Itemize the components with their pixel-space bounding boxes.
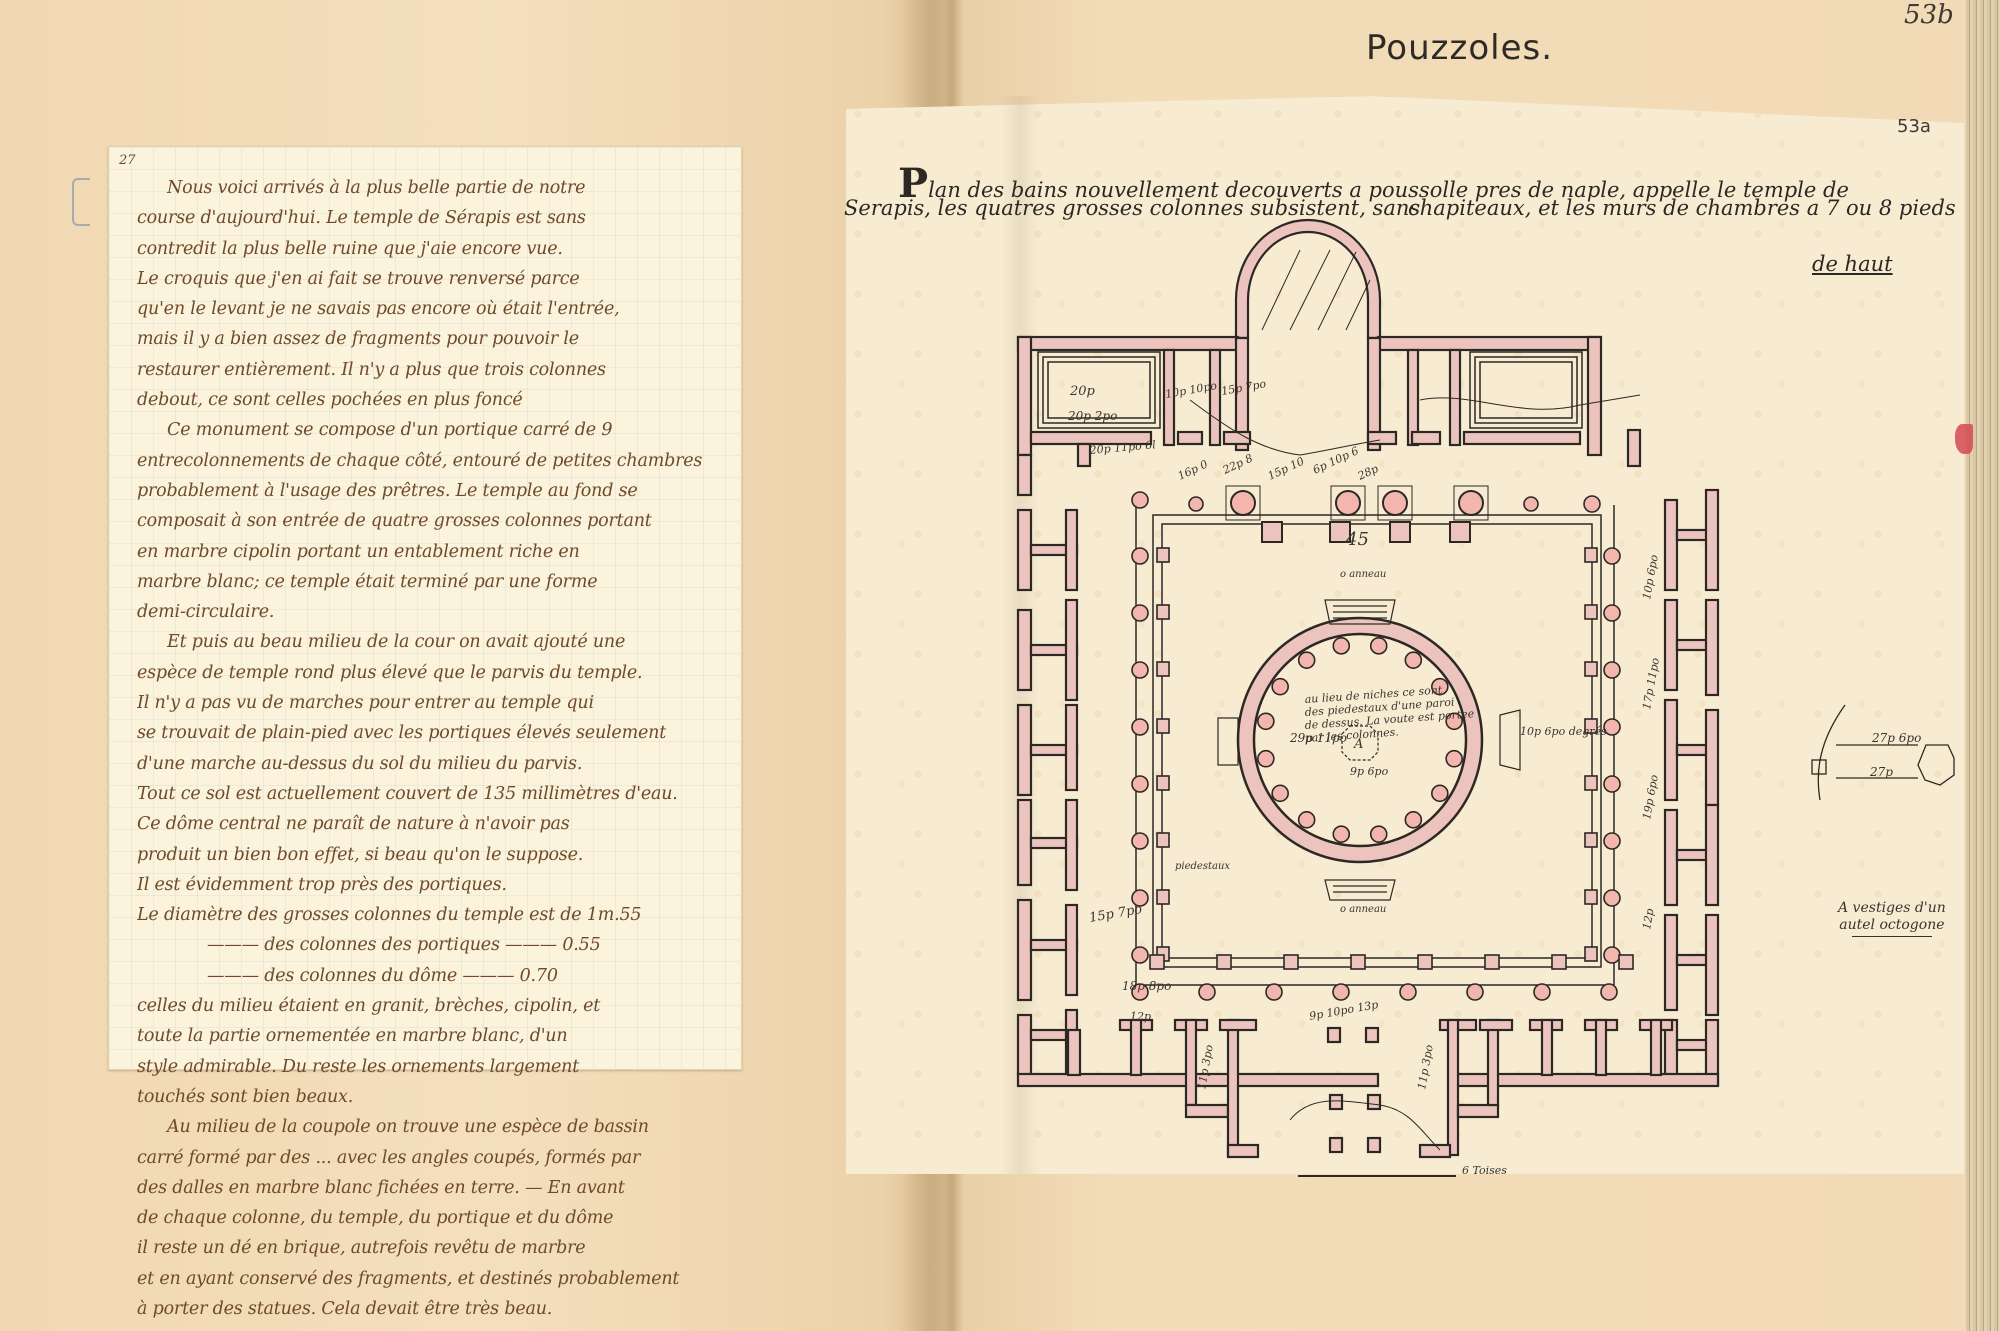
altar-side-note: A vestiges d'un autel octogone (1838, 900, 1946, 937)
apse-wall (1236, 220, 1380, 338)
portico-column (1604, 548, 1620, 564)
dome-column (1299, 812, 1315, 828)
portico-column (1189, 497, 1203, 511)
width-dimension: 18p 8po (1122, 979, 1171, 993)
dome-column (1405, 652, 1421, 668)
top-wall-right (1378, 337, 1600, 350)
room-dimension: 12p (1130, 1010, 1151, 1023)
top-dimension: 15p 10 (1266, 455, 1306, 483)
dome-column (1258, 713, 1274, 729)
portico-column (1604, 890, 1620, 906)
dome-column (1371, 638, 1387, 654)
pedestal (1418, 955, 1432, 969)
right-side-chambers (1665, 490, 1718, 1085)
dome-column (1272, 679, 1288, 695)
dome-column (1333, 826, 1349, 842)
temple-column (1459, 491, 1483, 515)
pedestal (1157, 776, 1169, 790)
dome-column (1405, 812, 1421, 828)
right-dimension: 19p 6po (1640, 773, 1661, 820)
portico-column (1604, 605, 1620, 621)
red-wax-seal (1955, 424, 1973, 454)
left-side-chambers (1018, 455, 1077, 1085)
pedestal (1150, 955, 1164, 969)
room-dimension: 11p 3po (1415, 1043, 1436, 1090)
anneau-label: o anneau (1340, 569, 1386, 580)
pedestal (1157, 662, 1169, 676)
pedestal (1217, 955, 1231, 969)
portico-column (1132, 662, 1148, 678)
top-dimension: 28p (1355, 462, 1380, 483)
side-note-underline (1852, 936, 1932, 937)
portico-column (1132, 719, 1148, 735)
dome-center-label: A (1353, 737, 1363, 752)
portico-column (1132, 605, 1148, 621)
anneau-label: o anneau (1340, 904, 1386, 915)
portico-column (1333, 984, 1349, 1000)
pedestal (1157, 833, 1169, 847)
portico-column (1266, 984, 1282, 1000)
pedestal (1351, 955, 1365, 969)
pedestal (1157, 890, 1169, 904)
pedestal (1585, 662, 1597, 676)
sketch-dimension: 27p 6po (1871, 731, 1921, 745)
portico-column (1604, 947, 1620, 963)
portico-column (1132, 947, 1148, 963)
top-dimension: 22p 8 (1220, 452, 1255, 478)
pedestal (1552, 955, 1566, 969)
dome-stair-dimension: 10p 6po degrés (1520, 725, 1607, 738)
dome-column (1446, 751, 1462, 767)
temple-column (1231, 491, 1255, 515)
side-note-line-2: autel octogone (1838, 917, 1946, 934)
pedestal (1585, 776, 1597, 790)
pedestal (1585, 890, 1597, 904)
pedestal-note: piedestaux (1175, 861, 1230, 872)
top-dimension: 6p 10p 6 (1311, 444, 1361, 477)
center-number: 45 (1345, 529, 1369, 550)
dome-column (1299, 652, 1315, 668)
side-dimension: 15p 7po (1088, 902, 1143, 926)
portico-column (1132, 776, 1148, 792)
temple-column (1336, 491, 1360, 515)
portico-column (1132, 492, 1148, 508)
portico-column (1467, 984, 1483, 1000)
pedestal (1284, 955, 1298, 969)
floor-plan-drawing: 45au lieu de niches ce sontdes piedestau… (0, 0, 2000, 1331)
portico-column (1604, 662, 1620, 678)
dome-dimension: 9p 6po (1350, 765, 1389, 778)
bottom-chambers (1018, 1020, 1718, 1157)
right-dimension: 10p 6po (1640, 553, 1661, 600)
dome-column (1258, 751, 1274, 767)
portico-column (1132, 548, 1148, 564)
pedestal (1157, 548, 1169, 562)
pedestal (1485, 955, 1499, 969)
portico-column (1524, 497, 1538, 511)
temple-column (1383, 491, 1407, 515)
portico-column (1199, 984, 1215, 1000)
scale-label: 6 Toises (1462, 1164, 1507, 1177)
dome-column (1333, 638, 1349, 654)
top-wall-left (1018, 337, 1238, 350)
pedestal (1619, 955, 1633, 969)
portico-column (1534, 984, 1550, 1000)
portico-column (1584, 496, 1600, 512)
center-dimension: 9p 10po 13p (1308, 998, 1379, 1023)
portico-column (1604, 776, 1620, 792)
dome-dimension: 29p 11po (1289, 731, 1347, 745)
portico-column (1400, 984, 1416, 1000)
room-dimension: 20p 2po (1067, 409, 1117, 423)
sketch-dimension: 27p (1869, 765, 1893, 779)
portico-column (1604, 833, 1620, 849)
portico-column (1601, 984, 1617, 1000)
pedestal (1585, 548, 1597, 562)
dome-column (1432, 785, 1448, 801)
pedestal (1157, 605, 1169, 619)
pedestal (1157, 719, 1169, 733)
right-dimension: 17p 11po (1640, 656, 1662, 710)
top-dimension: 16p 0 (1176, 458, 1210, 483)
side-sketch (1812, 705, 1954, 800)
pedestal (1585, 833, 1597, 847)
side-note-line-1: A vestiges d'un (1838, 900, 1946, 917)
dome-column (1371, 826, 1387, 842)
room-dimension: 20p (1069, 384, 1096, 399)
dome-column (1272, 785, 1288, 801)
pedestal (1585, 947, 1597, 961)
pedestal (1585, 605, 1597, 619)
right-dimension: 12p (1640, 908, 1656, 931)
tholos (1218, 600, 1520, 900)
portico-column (1132, 833, 1148, 849)
